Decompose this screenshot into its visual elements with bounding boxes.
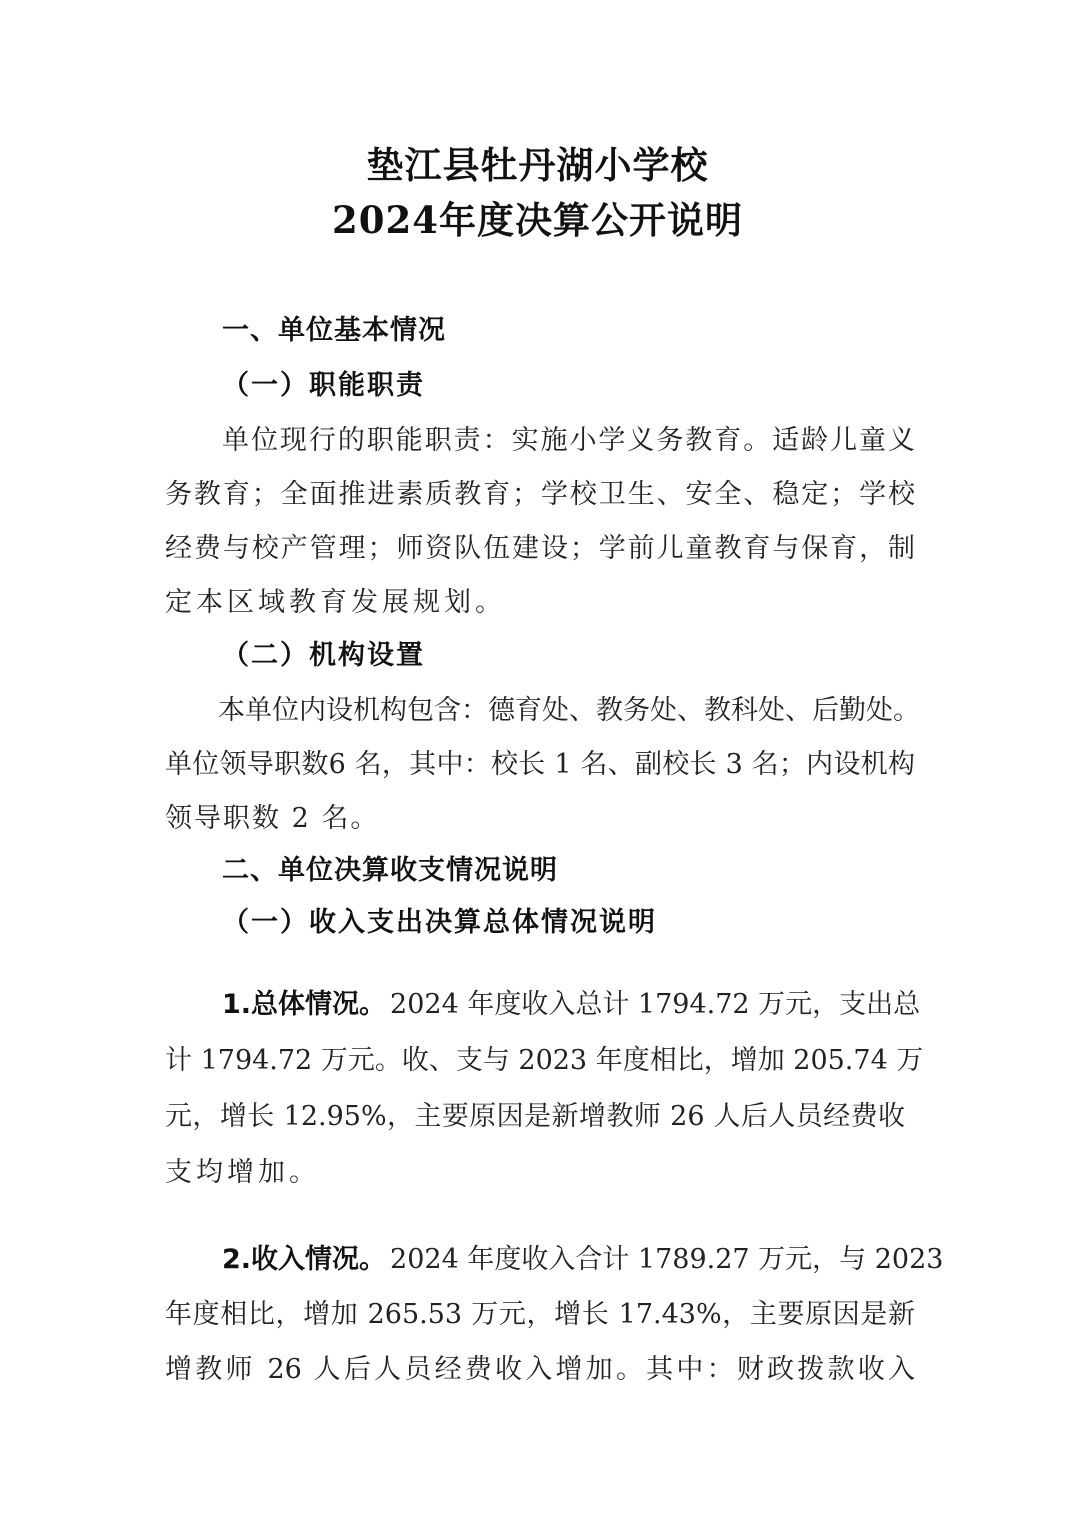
section2-sub1-heading: （一）收入支出决算总体情况说明 [222, 900, 657, 939]
para-lead-income: 2.收入情况。 [222, 1237, 386, 1276]
paragraph-line: 本单位内设机构包含：德育处、教务处、教科处、后勤处。 [218, 688, 915, 727]
para-lead-overall: 1.总体情况。 [222, 982, 386, 1021]
paragraph-line: 计 1794.72 万元。收、支与 2023 年度相比，增加 205.74 万 [165, 1038, 915, 1077]
paragraph-line: 领导职数 2 名。 [165, 796, 915, 835]
paragraph-line: 年度相比，增加 265.53 万元，增长 17.43%，主要原因是新 [165, 1292, 915, 1331]
paragraph-line: 定本区域教育发展规划。 [165, 580, 915, 619]
paragraph-line: 支均增加。 [165, 1150, 915, 1189]
section1-sub2-heading: （二）机构设置 [222, 633, 425, 672]
para-text: 2024 年度收入合计 1789.27 万元，与 2023 [390, 1237, 943, 1276]
section2-heading: 二、单位决算收支情况说明 [222, 848, 558, 887]
para-text: 2024 年度收入总计 1794.72 万元，支出总 [390, 982, 920, 1021]
document-title-line1: 垫江县牡丹湖小学校 [0, 135, 1075, 189]
paragraph-line: 经费与校产管理；师资队伍建设；学前儿童教育与保育，制 [165, 526, 915, 565]
paragraph-line: 1.总体情况。 2024 年度收入总计 1794.72 万元，支出总 [222, 982, 915, 1021]
paragraph-line: 元，增长 12.95%，主要原因是新增教师 26 人后人员经费收 [165, 1094, 905, 1133]
paragraph-line: 2.收入情况。 2024 年度收入合计 1789.27 万元，与 2023 [222, 1237, 915, 1276]
document-title-line2: 2024年度决算公开说明 [0, 190, 1075, 244]
paragraph-line: 务教育；全面推进素质教育；学校卫生、安全、稳定；学校 [165, 472, 915, 511]
section1-heading: 一、单位基本情况 [222, 308, 446, 347]
paragraph-line: 增教师 26 人后人员经费收入增加。其中：财政拨款收入 [165, 1347, 915, 1386]
paragraph-line: 单位现行的职能职责：实施小学义务教育。适龄儿童义 [222, 418, 915, 457]
paragraph-line: 单位领导职数6 名，其中：校长 1 名、副校长 3 名；内设机构 [165, 742, 915, 781]
section1-sub1-heading: （一）职能职责 [222, 363, 425, 402]
